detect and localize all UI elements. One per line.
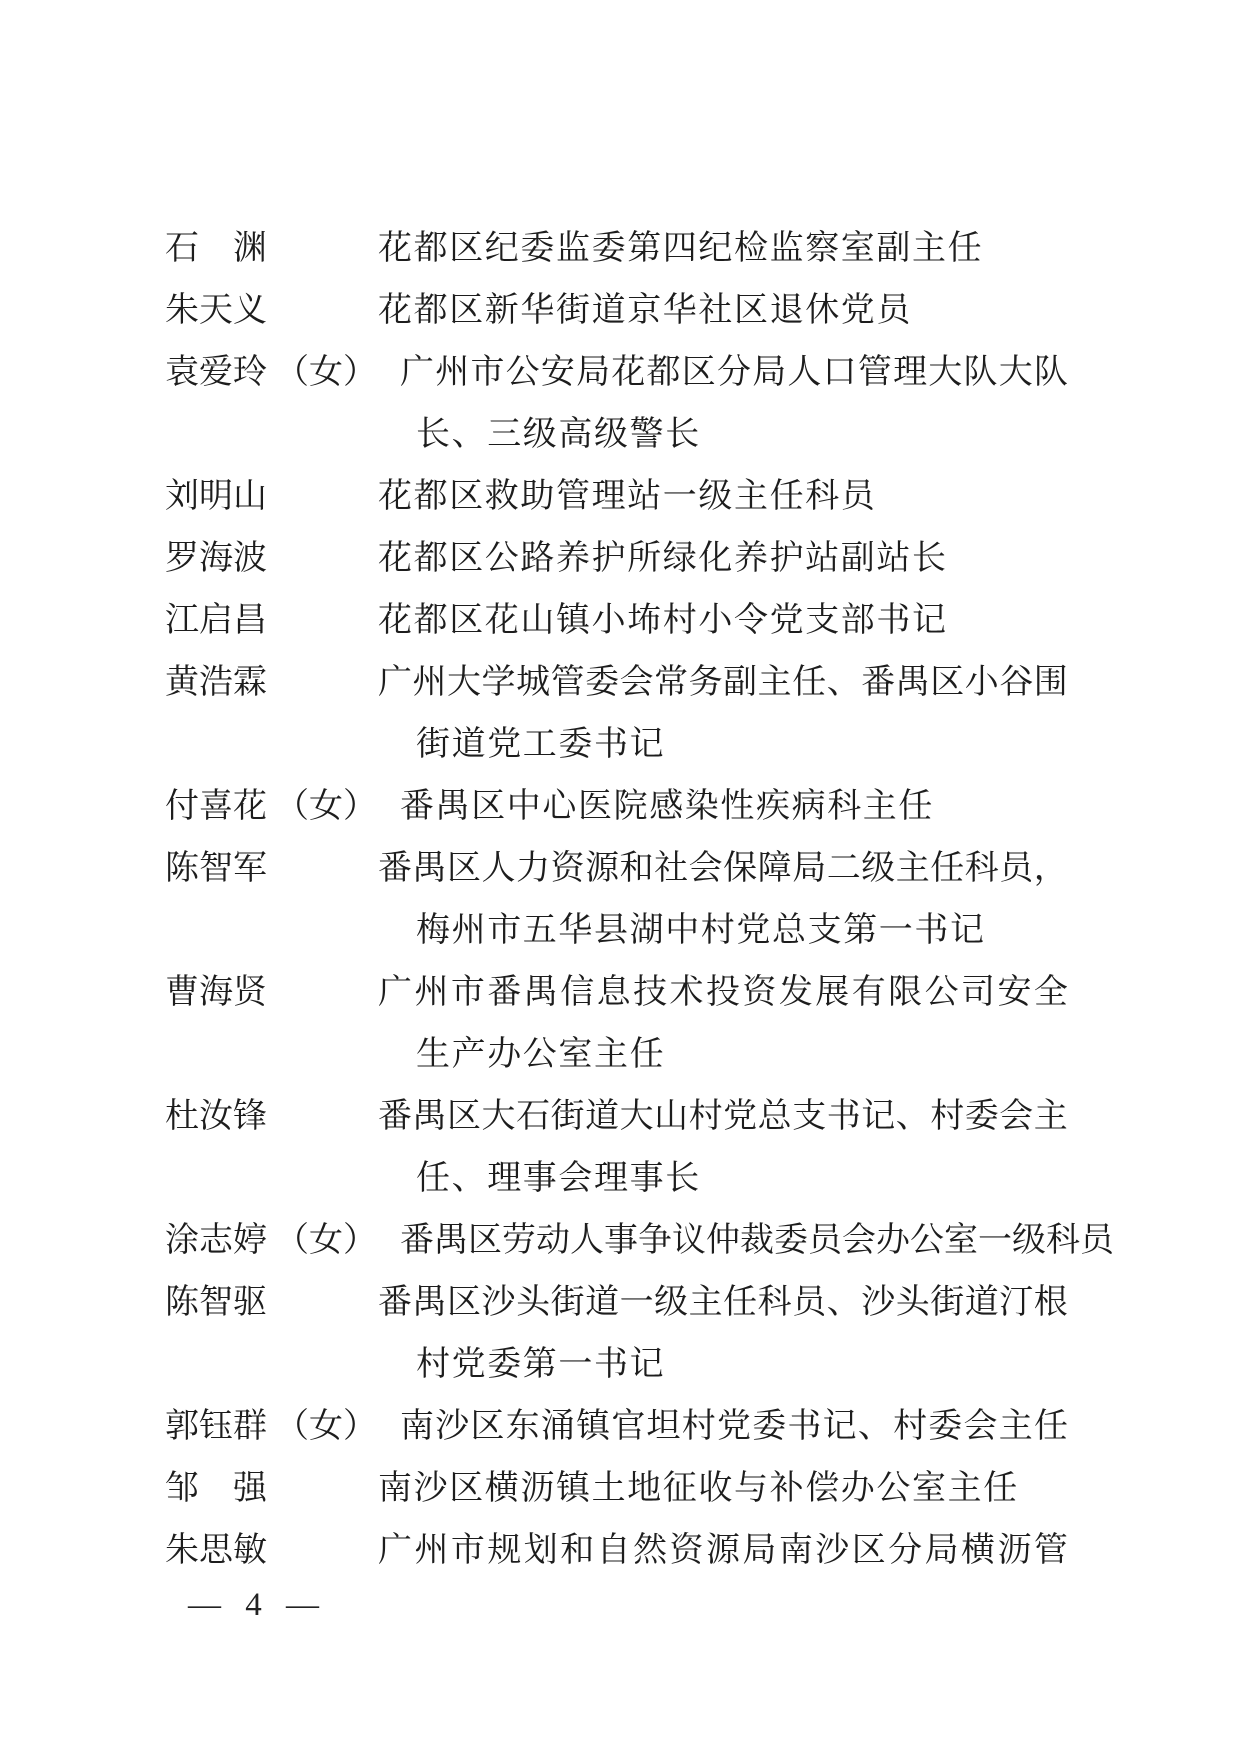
name-column: 涂志婷 （女） [165, 1210, 378, 1272]
position-line: 南沙区东涌镇官坦村党委书记、村委会主任 [400, 1396, 1068, 1458]
position-line: 番禺区人力资源和社会保障局二级主任科员， [378, 838, 1068, 900]
position-line: 广州大学城管委会常务副主任、番禺区小谷围 [378, 652, 1068, 714]
name-column: 罗海波 [165, 528, 378, 590]
person-name: 石渊 [165, 218, 267, 280]
page-number: — 4 — [188, 1588, 321, 1622]
position-line: 番禺区劳动人事争议仲裁委员会办公室一级科员 [400, 1210, 1068, 1272]
entry-row: 袁爱玲 （女） 广州市公安局花都区分局人口管理大队大队长、三级高级警长 [165, 342, 1068, 466]
entry-row: 朱天义 花都区新华街道京华社区退休党员 [165, 280, 1068, 342]
person-name: 邹强 [165, 1458, 267, 1520]
person-name: 黄浩霖 [165, 652, 267, 714]
position-line: 街道党工委书记 [378, 714, 1068, 776]
person-name: 付喜花 [165, 776, 267, 838]
position-block: 花都区救助管理站一级主任科员 [378, 466, 1068, 528]
person-name: 罗海波 [165, 528, 267, 590]
person-name: 陈智驱 [165, 1272, 267, 1334]
position-line: 番禺区大石街道大山村党总支书记、村委会主 [378, 1086, 1068, 1148]
name-column: 刘明山 [165, 466, 378, 528]
entry-row: 涂志婷 （女） 番禺区劳动人事争议仲裁委员会办公室一级科员 [165, 1210, 1068, 1272]
position-line: 长、三级高级警长 [400, 404, 1068, 466]
entry-row: 刘明山 花都区救助管理站一级主任科员 [165, 466, 1068, 528]
position-block: 番禺区中心医院感染性疾病科主任 [400, 776, 1068, 838]
position-line: 南沙区横沥镇土地征收与补偿办公室主任 [378, 1458, 1068, 1520]
gender-suffix: （女） [275, 342, 377, 404]
name-column: 陈智军 [165, 838, 378, 900]
person-name: 涂志婷 [165, 1210, 267, 1272]
entry-list: 石渊 花都区纪委监委第四纪检监察室副主任 朱天义 花都区新华街道京华社区退休党员… [165, 218, 1068, 1582]
position-line: 番禺区沙头街道一级主任科员、沙头街道汀根 [378, 1272, 1068, 1334]
position-block: 广州市公安局花都区分局人口管理大队大队长、三级高级警长 [400, 342, 1068, 466]
position-line: 花都区纪委监委第四纪检监察室副主任 [378, 218, 1068, 280]
position-block: 番禺区人力资源和社会保障局二级主任科员，梅州市五华县湖中村党总支第一书记 [378, 838, 1068, 962]
entry-row: 邹强 南沙区横沥镇土地征收与补偿办公室主任 [165, 1458, 1068, 1520]
position-line: 任、理事会理事长 [378, 1148, 1068, 1210]
position-block: 花都区纪委监委第四纪检监察室副主任 [378, 218, 1068, 280]
position-line: 广州市番禺信息技术投资发展有限公司安全 [378, 962, 1068, 1024]
position-line: 梅州市五华县湖中村党总支第一书记 [378, 900, 1068, 962]
entry-row: 郭钰群 （女） 南沙区东涌镇官坦村党委书记、村委会主任 [165, 1396, 1068, 1458]
person-name: 袁爱玲 [165, 342, 267, 404]
name-column: 袁爱玲 （女） [165, 342, 378, 404]
position-line: 广州市规划和自然资源局南沙区分局横沥管 [378, 1520, 1068, 1582]
person-name: 江启昌 [165, 590, 267, 652]
person-name: 刘明山 [165, 466, 267, 528]
position-block: 广州市规划和自然资源局南沙区分局横沥管 [378, 1520, 1068, 1582]
position-block: 南沙区东涌镇官坦村党委书记、村委会主任 [400, 1396, 1068, 1458]
person-name: 郭钰群 [165, 1396, 267, 1458]
entry-row: 江启昌 花都区花山镇小㘵村小令党支部书记 [165, 590, 1068, 652]
name-column: 杜汝锋 [165, 1086, 378, 1148]
person-name: 朱思敏 [165, 1520, 267, 1582]
person-name: 曹海贤 [165, 962, 267, 1024]
name-column: 朱思敏 [165, 1520, 378, 1582]
name-column: 付喜花 （女） [165, 776, 378, 838]
entry-row: 陈智军 番禺区人力资源和社会保障局二级主任科员，梅州市五华县湖中村党总支第一书记 [165, 838, 1068, 962]
position-block: 番禺区大石街道大山村党总支书记、村委会主任、理事会理事长 [378, 1086, 1068, 1210]
position-block: 花都区公路养护所绿化养护站副站长 [378, 528, 1068, 590]
position-block: 南沙区横沥镇土地征收与补偿办公室主任 [378, 1458, 1068, 1520]
name-column: 江启昌 [165, 590, 378, 652]
person-name: 朱天义 [165, 280, 267, 342]
entry-row: 曹海贤 广州市番禺信息技术投资发展有限公司安全生产办公室主任 [165, 962, 1068, 1086]
position-line: 村党委第一书记 [378, 1334, 1068, 1396]
entry-row: 付喜花 （女） 番禺区中心医院感染性疾病科主任 [165, 776, 1068, 838]
position-block: 广州市番禺信息技术投资发展有限公司安全生产办公室主任 [378, 962, 1068, 1086]
position-line: 花都区救助管理站一级主任科员 [378, 466, 1068, 528]
position-line: 花都区新华街道京华社区退休党员 [378, 280, 1068, 342]
position-block: 番禺区沙头街道一级主任科员、沙头街道汀根村党委第一书记 [378, 1272, 1068, 1396]
position-block: 广州大学城管委会常务副主任、番禺区小谷围街道党工委书记 [378, 652, 1068, 776]
person-name: 陈智军 [165, 838, 267, 900]
position-block: 花都区新华街道京华社区退休党员 [378, 280, 1068, 342]
position-line: 花都区公路养护所绿化养护站副站长 [378, 528, 1068, 590]
name-column: 黄浩霖 [165, 652, 378, 714]
name-column: 邹强 [165, 1458, 378, 1520]
position-line: 生产办公室主任 [378, 1024, 1068, 1086]
name-column: 郭钰群 （女） [165, 1396, 378, 1458]
name-column: 曹海贤 [165, 962, 378, 1024]
position-line: 番禺区中心医院感染性疾病科主任 [400, 776, 1068, 838]
entry-row: 陈智驱 番禺区沙头街道一级主任科员、沙头街道汀根村党委第一书记 [165, 1272, 1068, 1396]
name-column: 陈智驱 [165, 1272, 378, 1334]
position-block: 番禺区劳动人事争议仲裁委员会办公室一级科员 [400, 1210, 1068, 1272]
entry-row: 黄浩霖 广州大学城管委会常务副主任、番禺区小谷围街道党工委书记 [165, 652, 1068, 776]
entry-row: 罗海波 花都区公路养护所绿化养护站副站长 [165, 528, 1068, 590]
entry-row: 杜汝锋 番禺区大石街道大山村党总支书记、村委会主任、理事会理事长 [165, 1086, 1068, 1210]
person-name: 杜汝锋 [165, 1086, 267, 1148]
entry-row: 朱思敏 广州市规划和自然资源局南沙区分局横沥管 [165, 1520, 1068, 1582]
document-page: 石渊 花都区纪委监委第四纪检监察室副主任 朱天义 花都区新华街道京华社区退休党员… [0, 0, 1240, 1754]
name-column: 石渊 [165, 218, 378, 280]
position-line: 广州市公安局花都区分局人口管理大队大队 [400, 342, 1068, 404]
gender-suffix: （女） [275, 1210, 377, 1272]
position-block: 花都区花山镇小㘵村小令党支部书记 [378, 590, 1068, 652]
gender-suffix: （女） [275, 776, 377, 838]
gender-suffix: （女） [275, 1396, 377, 1458]
position-line: 花都区花山镇小㘵村小令党支部书记 [378, 590, 1068, 652]
name-column: 朱天义 [165, 280, 378, 342]
entry-row: 石渊 花都区纪委监委第四纪检监察室副主任 [165, 218, 1068, 280]
